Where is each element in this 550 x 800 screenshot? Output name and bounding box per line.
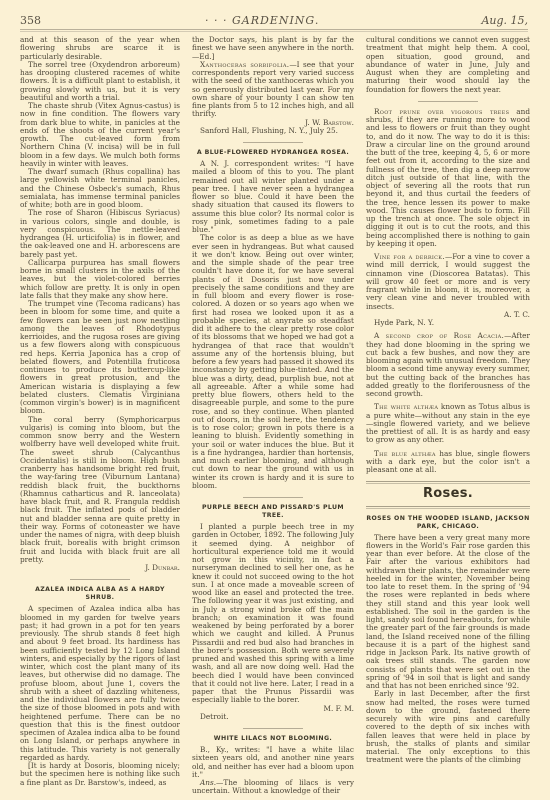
paragraph-lilac-question: B., Ky., writes: "I have a white lilac s… — [192, 746, 354, 779]
divider — [243, 497, 303, 498]
paragraph-white-althaea: The white althæa known as Totus albus is… — [366, 403, 530, 444]
paragraph: cultural conditions we cannot even sugge… — [366, 36, 530, 94]
page-number: 358 — [20, 14, 41, 27]
column-1: and at this season of the year when flow… — [20, 36, 180, 787]
article-heading: PURPLE BEECH AND PISSARD'S PLUM TREE. — [192, 504, 354, 520]
paragraph-text: —The blooming of lilacs is very uncertai… — [192, 778, 354, 795]
dateline: Sanford Hall, Flushing, N. Y., July 25. — [192, 127, 354, 135]
paragraph-trumpet-vine: The trumpet vine (Tecoma radicans) has b… — [20, 300, 180, 416]
page-header: 358 · · · GARDENING. Aug. 15, — [20, 14, 528, 30]
paragraph-reply: The color is as deep a blue as we have e… — [192, 234, 354, 490]
header-rule — [20, 29, 528, 32]
dateline: Detroit. — [192, 713, 354, 721]
article-heading: A BLUE-FLOWERED HYDRANGEA ROSEA. — [192, 149, 354, 157]
divider — [70, 579, 130, 580]
paragraph-text: —For a vine to cover a wind mill derrick… — [366, 252, 530, 311]
paragraph-chaste-shrub: The chaste shrub (Vitex Agnus-castus) is… — [20, 102, 180, 168]
paragraph-text: —I see that your correspondents report v… — [192, 60, 354, 119]
paragraph-blue-althaea: The blue althæa has blue, single flowers… — [366, 450, 530, 475]
paragraph-azalea: A specimen of Azalea indica alba has blo… — [20, 605, 180, 762]
paragraph-xanthoceras: Xanthoceras sorbifolia.—I see that your … — [192, 61, 354, 119]
paragraph-text: —After they had done blooming in the spr… — [366, 331, 530, 398]
issue-date: Aug. 15, — [481, 14, 528, 27]
paragraph-roses-1: There have been a very great many more f… — [366, 534, 530, 691]
divider — [243, 728, 303, 729]
paragraph-sorrel-tree: The sorrel tree (Oxydendron arboreum) ha… — [20, 61, 180, 102]
magazine-page: 358 · · · GARDENING. Aug. 15, and at thi… — [0, 0, 550, 800]
signature: J. Dunbar. — [20, 564, 180, 572]
section-title-roses: Roses. — [366, 490, 530, 498]
paragraph-callicarpa: Callicarpa purpurea has small flowers bo… — [20, 259, 180, 300]
paragraph-roses-2: Early in last December, after the first … — [366, 690, 530, 764]
dateline: Hyde Park, N. Y. — [366, 319, 530, 327]
paragraph-editor-note: [It is hardy at Dosoris, blooming nicely… — [20, 762, 180, 787]
article-heading: WHITE LILACS NOT BLOOMING. — [192, 735, 354, 743]
running-title: · · · GARDENING. — [205, 14, 319, 27]
paragraph-rose-acacia: A second crop of Rose Acacia.—After they… — [366, 332, 530, 398]
section-rule-bottom — [366, 506, 530, 509]
article-heading: AZALEA INDICA ALBA AS A HARDY SHRUB. — [20, 586, 180, 602]
paragraph-root-prune: Root prune over vigorous trees and shrub… — [366, 108, 530, 248]
section-rule-top — [366, 481, 530, 484]
article-heading: ROSES ON THE WOODED ISLAND, JACKSON PARK… — [366, 515, 530, 531]
paragraph-lilac-answer: Ans.—The blooming of lilacs is very unce… — [192, 779, 354, 796]
paragraph-dwarf-sumach: The dwarf sumach (Rhus copallina) has la… — [20, 168, 180, 209]
column-2: the Doctor says, his plant is by far the… — [192, 36, 354, 796]
paragraph-letter: A N. J. correspondent writes: "I have ma… — [192, 160, 354, 234]
paragraph-coral-berry: The coral berry (Symphoricarpus vulgaris… — [20, 416, 180, 565]
divider — [243, 142, 303, 143]
paragraph-beech: I planted a purple beech tree in my gard… — [192, 523, 354, 705]
column-3: cultural conditions we cannot even sugge… — [366, 36, 530, 765]
paragraph-rose-of-sharon: The rose of Sharon (Hibiscus Syriacus) i… — [20, 209, 180, 259]
divider — [418, 101, 478, 102]
paragraph: and at this season of the year when flow… — [20, 36, 180, 61]
paragraph-text: and shrubs, if they are running more to … — [366, 107, 530, 248]
paragraph: the Doctor says, his plant is by far the… — [192, 36, 354, 61]
paragraph-vine-derrick: Vine for a derrick.—For a vine to cover … — [366, 253, 530, 311]
